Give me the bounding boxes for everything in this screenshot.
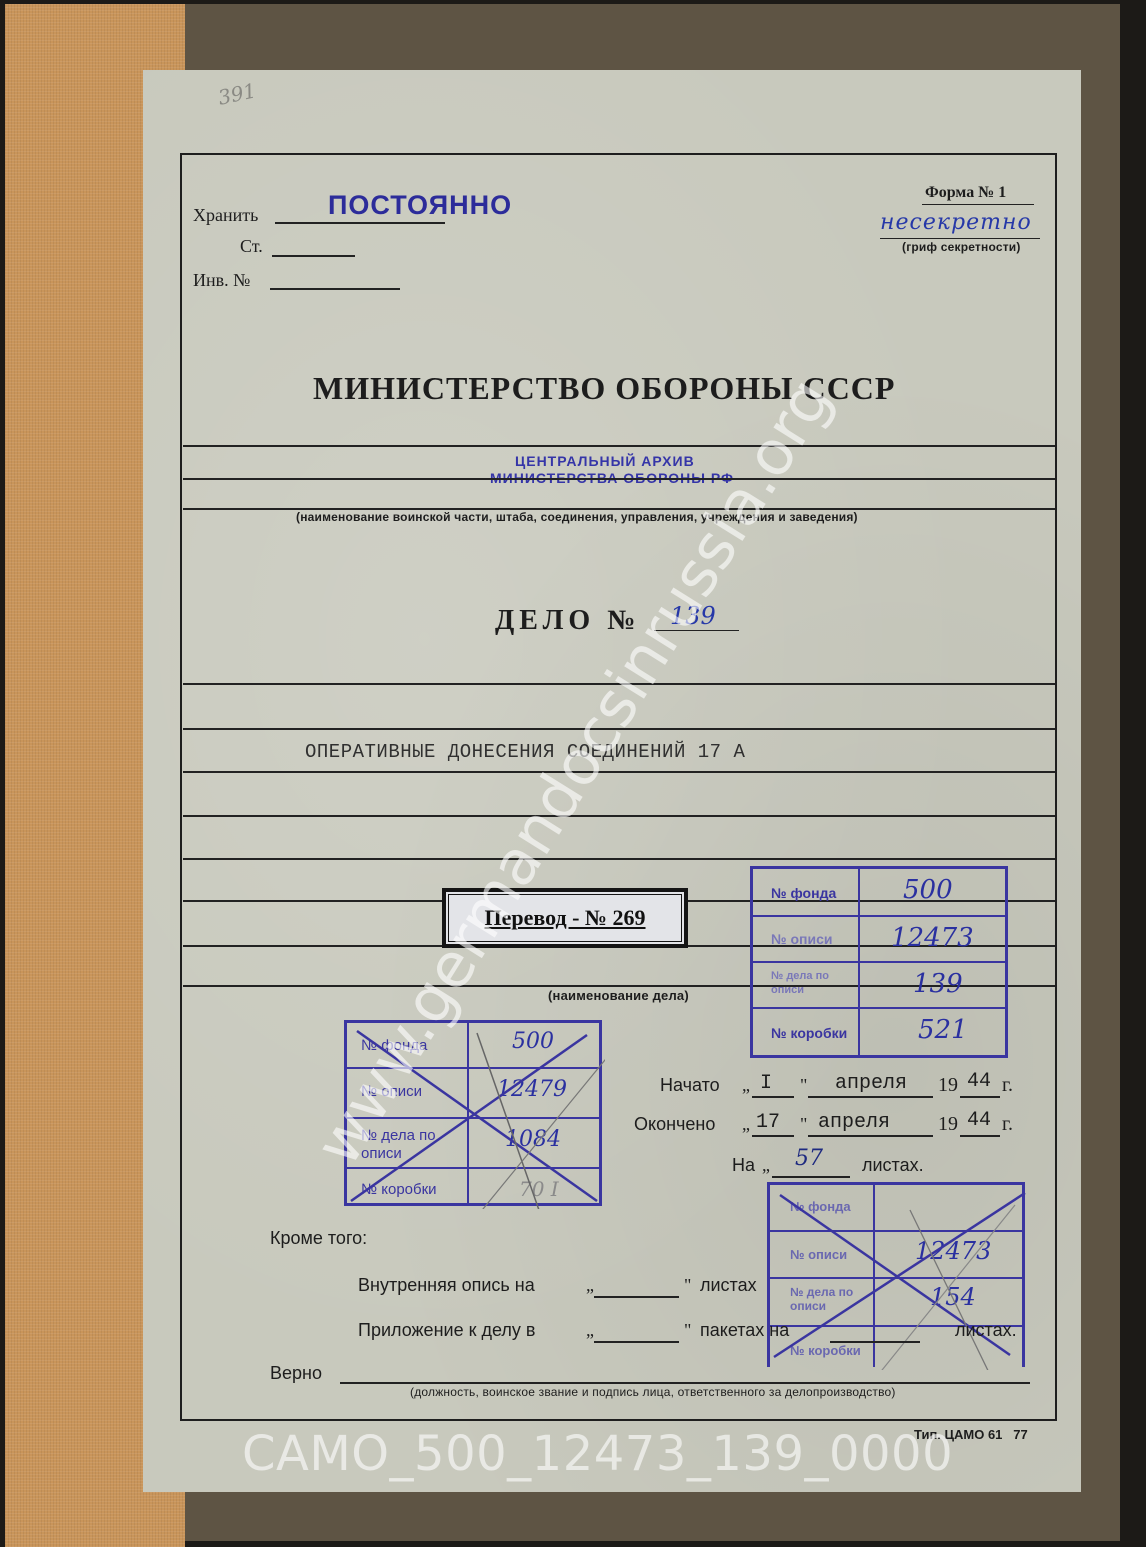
started-month-line: [808, 1096, 933, 1098]
appendix-open-quote: „: [586, 1320, 594, 1341]
case-line-3: [183, 771, 1055, 773]
internal-inventory-suffix: листах: [700, 1275, 757, 1296]
internal-inventory-line: [594, 1296, 679, 1298]
file-id-watermark: CAMO_500_12473_139_0000: [242, 1426, 953, 1482]
appendix-packets-line: [594, 1341, 679, 1343]
appendix-sheets-line: [830, 1341, 920, 1343]
started-day: I: [760, 1072, 772, 1095]
article-line: [272, 255, 355, 257]
ended-month-line: [808, 1135, 933, 1137]
form-line: [922, 204, 1034, 205]
secrecy-caption: (гриф секретности): [902, 240, 1021, 254]
form-label: Форма № 1: [925, 184, 1006, 202]
keep-value-stamp: ПОСТОЯННО: [328, 190, 512, 221]
case-title: ОПЕРАТИВНЫЕ ДОНЕСЕНИЯ СОЕДИНЕНИЙ 17 А: [305, 741, 745, 763]
ended-day-line: [752, 1135, 794, 1137]
ended-close-quote: ": [800, 1114, 807, 1135]
certified-caption: (должность, воинское звание и подпись ли…: [410, 1385, 896, 1399]
ended-year-suffix: г.: [1002, 1113, 1013, 1136]
ended-year: 44: [967, 1109, 991, 1132]
started-year-line: [960, 1096, 1000, 1098]
sheets-suffix: листах.: [862, 1155, 924, 1176]
ended-label: Окончено: [634, 1114, 715, 1135]
ended-month: апреля: [818, 1111, 890, 1134]
started-month: апреля: [835, 1072, 907, 1095]
sheets-label: На: [732, 1155, 755, 1176]
secrecy-line: [880, 238, 1040, 239]
keep-label: Хранить: [193, 205, 258, 226]
ended-century: 19: [938, 1113, 958, 1136]
secrecy-value: несекретно: [880, 210, 1032, 235]
internal-inventory-label: Внутренняя опись на: [358, 1275, 535, 1296]
inventory-label: Инв. №: [193, 270, 250, 291]
internal-inventory-open-quote: „: [586, 1275, 594, 1296]
keep-line: [275, 222, 445, 224]
stamp-label-case: № дела по описи: [771, 969, 851, 997]
stamp-value-box: 521: [918, 1015, 968, 1045]
stamp-value-fond: 500: [903, 875, 953, 905]
internal-inventory-close-quote: ": [684, 1275, 691, 1296]
started-year-suffix: г.: [1002, 1074, 1013, 1097]
started-year: 44: [967, 1070, 991, 1093]
appendix-mid: пакетах на: [700, 1320, 789, 1341]
stamp-label-inventory: № описи: [771, 931, 833, 947]
archive-stamp-line1: ЦЕНТРАЛЬНЫЙ АРХИВ: [515, 453, 695, 469]
ended-open-quote: „: [742, 1114, 750, 1135]
started-label: Начато: [660, 1075, 720, 1096]
ended-year-line: [960, 1135, 1000, 1137]
ended-day: 17: [756, 1111, 780, 1134]
archive-stamp-current: № фонда 500 № описи 12473 № дела по опис…: [750, 866, 1008, 1058]
appendix-close-quote: ": [684, 1320, 691, 1341]
stamp-label-fond: № фонда: [771, 885, 836, 901]
article-label: Ст.: [240, 236, 263, 257]
besides-label: Кроме того:: [270, 1228, 367, 1249]
certified-line: [340, 1382, 1030, 1384]
stamp-value-case: 139: [913, 969, 963, 999]
sheets-open-quote: „: [762, 1155, 770, 1176]
started-close-quote: ": [800, 1075, 807, 1096]
case-line-5: [183, 858, 1055, 860]
org-line-2: [183, 478, 1055, 480]
started-day-line: [752, 1096, 794, 1098]
started-century: 19: [938, 1074, 958, 1097]
stamp-label-box: № коробки: [771, 1025, 847, 1041]
org-line-1: [183, 445, 1055, 447]
inventory-line: [270, 288, 400, 290]
appendix-suffix: листах.: [955, 1320, 1017, 1341]
started-open-quote: „: [742, 1075, 750, 1096]
sheets-line: [772, 1176, 850, 1178]
certified-label: Верно: [270, 1363, 322, 1384]
case-line-4: [183, 815, 1055, 817]
appendix-label: Приложение к делу в: [358, 1320, 535, 1341]
case-caption: (наименование дела): [548, 988, 689, 1003]
sheets-value: 57: [795, 1146, 823, 1171]
stamp-value-inventory: 12473: [891, 923, 974, 953]
